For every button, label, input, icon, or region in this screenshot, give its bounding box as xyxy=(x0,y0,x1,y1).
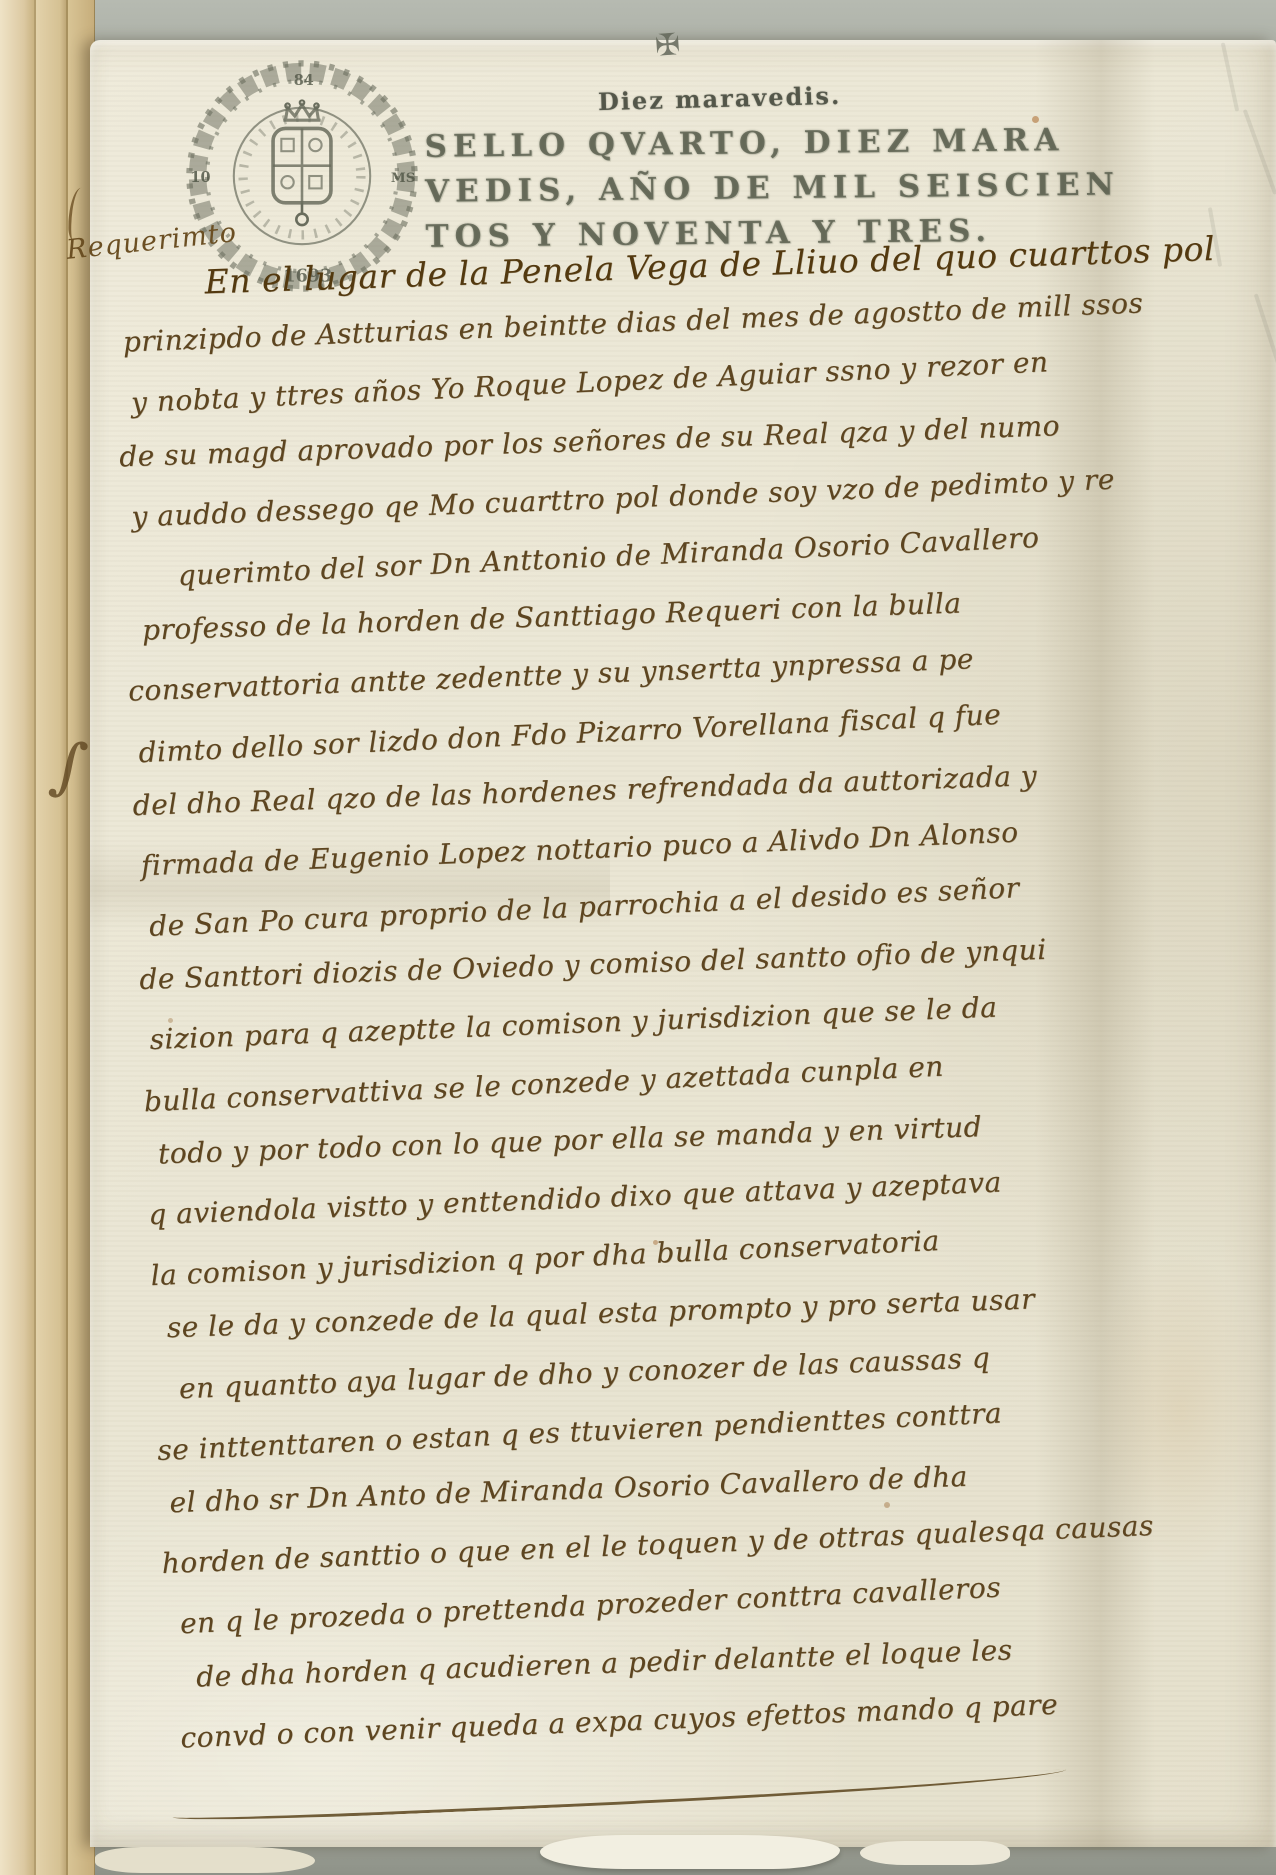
manuscript-lines: En el lugar de la Penela Vega de Lliuo d… xyxy=(112,231,1124,1779)
seal-top-number: 84 xyxy=(294,72,314,89)
torn-edge-fragment xyxy=(95,1847,315,1873)
torn-edge-fragment xyxy=(860,1841,1010,1865)
rust-speck xyxy=(1032,116,1039,123)
rust-speck xyxy=(884,1502,890,1508)
seal-right-value: MS xyxy=(391,170,416,186)
stamp-line-1: SELLO QVARTO, DIEZ MARA xyxy=(424,119,969,170)
manuscript-scan: ✠ 84 10 MS 1693 Diez xyxy=(0,0,1276,1875)
rust-speck xyxy=(168,1018,173,1023)
stamp-line-2: VEDIS, AÑO DE MIL SEISCIEN xyxy=(425,164,970,215)
rust-speck xyxy=(653,1240,658,1245)
torn-edge-fragment xyxy=(540,1835,840,1869)
seal-left-value: 10 xyxy=(190,169,210,186)
book-edge-middle xyxy=(36,0,68,1875)
book-edge-outer xyxy=(0,0,36,1875)
foxing-stain xyxy=(1090,1250,1270,1570)
cross-icon: ✠ xyxy=(654,27,682,64)
